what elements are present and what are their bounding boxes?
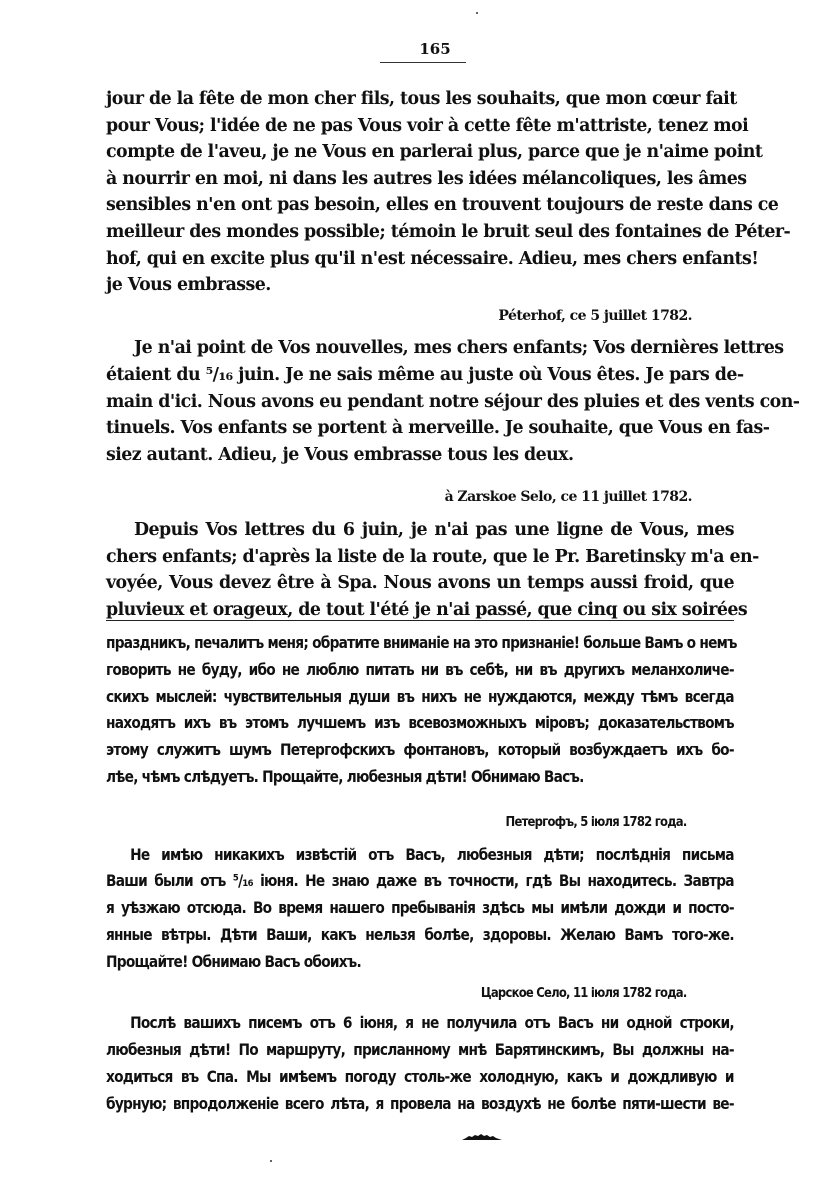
text-line: je Vous embrasse. (106, 272, 734, 299)
text-line: Depuis Vos lettres du 6 juin, je n'ai pa… (106, 517, 734, 544)
text-line: лѣе, чѣмъ слѣдуетъ. Прощайте, любезныя д… (106, 764, 734, 791)
text-line: этому служитъ шумъ Петергофскихъ фонтано… (106, 737, 734, 764)
russian-translation: праздникъ, печалитъ меня; обратите внима… (106, 630, 734, 1118)
dateline-tsarskoe-selo: Царское Село, 11 іюля 1782 года. (106, 980, 734, 1007)
text-line: hof, qui en excite plus qu'il n'est néce… (106, 246, 734, 273)
text-line: Ваши были отъ ⁵/₁₆ іюня. Не знаю даже въ… (106, 868, 734, 895)
text-line: jour de la fête de mon cher fils, tous l… (106, 86, 734, 113)
text-line: sensibles n'en ont pas besoin, elles en … (106, 192, 734, 219)
translation-divider (106, 620, 734, 621)
russian-paragraph-2: Не имѣю никакихъ извѣстій отъ Васъ, любе… (106, 842, 734, 976)
text-line: ходиться въ Спа. Мы имѣемъ погоду столь-… (106, 1064, 734, 1091)
dateline-peterhof: Péterhof, ce 5 juillet 1782. (106, 303, 734, 330)
text-line: chers enfants; d'après la liste de la ro… (106, 544, 734, 571)
text-line: янные вѣтры. Дѣти Ваши, какъ нельзя болѣ… (106, 922, 734, 949)
text-line: говорить не буду, ибо не люблю питать ни… (106, 657, 734, 684)
printer-ornament-icon (462, 1134, 502, 1140)
text-line: я уѣзжаю отсюда. Во время нашего пребыва… (106, 895, 734, 922)
text-line: meilleur des mondes possible; témoin le … (106, 219, 734, 246)
french-paragraph-2: Je n'ai point de Vos nouvelles, mes cher… (106, 335, 734, 468)
text-line: Je n'ai point de Vos nouvelles, mes cher… (106, 335, 734, 362)
text-line: любезныя дѣти! По маршруту, присланному … (106, 1037, 734, 1064)
french-text: jour de la fête de mon cher fils, tous l… (106, 86, 734, 623)
text-line: бурную; впродолженіе всего лѣта, я прове… (106, 1091, 734, 1118)
text-line: скихъ мыслей: чувствительныя души въ них… (106, 684, 734, 711)
russian-paragraph-1: праздникъ, печалитъ меня; обратите внима… (106, 630, 734, 791)
text-line: Не имѣю никакихъ извѣстій отъ Васъ, любе… (106, 842, 734, 869)
text-line: étaient du ⁵/₁₆ juin. Je ne sais même au… (106, 362, 734, 389)
text-line: находятъ ихъ въ этомъ лучшемъ изъ всевоз… (106, 710, 734, 737)
text-line: à nourrir en moi, ni dans les autres les… (106, 166, 734, 193)
page-number-rule (380, 62, 466, 63)
text-line: Прощайте! Обнимаю Васъ обоихъ. (106, 949, 734, 976)
dateline-zarskoe-selo: à Zarskoe Selo, ce 11 juillet 1782. (106, 484, 734, 511)
page-number: 165 (405, 40, 465, 58)
text-line: siez autant. Adieu, je Vous embrasse tou… (106, 442, 734, 469)
russian-paragraph-3: Послѣ вашихъ писемъ отъ 6 іюня, я не пол… (106, 1010, 734, 1117)
dateline-petergof: Петергофъ, 5 іюля 1782 года. (106, 809, 734, 836)
print-speck (270, 1160, 272, 1162)
french-paragraph-1: jour de la fête de mon cher fils, tous l… (106, 86, 734, 299)
print-speck (476, 12, 478, 14)
text-line: праздникъ, печалитъ меня; обратите внима… (106, 630, 734, 657)
text-line: compte de l'aveu, je ne Vous en parlerai… (106, 139, 734, 166)
text-line: voyée, Vous devez être à Spa. Nous avons… (106, 570, 734, 597)
french-paragraph-3: Depuis Vos lettres du 6 juin, je n'ai pa… (106, 517, 734, 623)
text-line: main d'ici. Nous avons eu pendant notre … (106, 389, 734, 416)
text-line: pour Vous; l'idée de ne pas Vous voir à … (106, 113, 734, 140)
text-line: tinuels. Vos enfants se portent à mervei… (106, 415, 734, 442)
text-line: Послѣ вашихъ писемъ отъ 6 іюня, я не пол… (106, 1010, 734, 1037)
